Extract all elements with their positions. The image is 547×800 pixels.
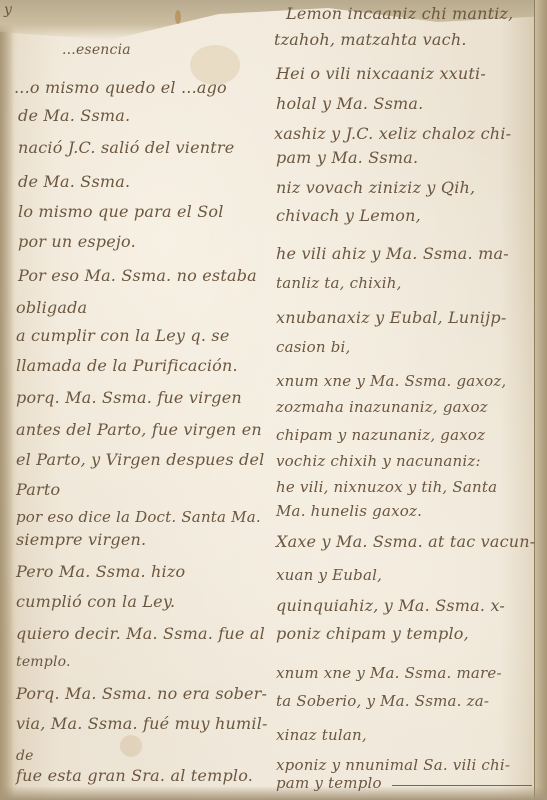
text-line: casion bi,: [276, 338, 350, 356]
text-line: xinaz tulan,: [276, 726, 367, 744]
text-line: Pero Ma. Ssma. hizo: [16, 562, 185, 581]
text-line: xnum xne y Ma. Ssma. mare-: [276, 664, 502, 682]
text-line: obligada: [16, 298, 87, 317]
text-line: quiero decir. Ma. Ssma. fue al: [16, 624, 265, 643]
text-line: Xaxe y Ma. Ssma. at tac vacun-: [276, 532, 535, 551]
text-line: tanliz ta, chixih,: [276, 274, 402, 292]
text-line: ...esencia: [62, 42, 131, 58]
text-line: chipam y nazunaniz, gaxoz: [276, 426, 485, 444]
text-line: chivach y Lemon,: [276, 206, 421, 225]
text-line: pam y templo: [276, 774, 382, 792]
text-line: tzahoh, matzahta vach.: [274, 30, 467, 49]
text-line: por eso dice la Doct. Santa Ma.: [16, 508, 261, 526]
text-line: el Parto, y Virgen despues del: [16, 450, 264, 469]
text-line: Ma. hunelis gaxoz.: [276, 502, 422, 520]
text-line: Parto: [16, 480, 60, 499]
text-line: xponiz y nnunimal Sa. vili chi-: [276, 756, 510, 774]
margin-mark: y: [4, 2, 12, 18]
text-line: Porq. Ma. Ssma. no era sober-: [16, 684, 267, 703]
text-line: zozmaha inazunaniz, gaxoz: [276, 398, 488, 416]
text-line: Hei o vili nixcaaniz xxuti-: [276, 64, 486, 83]
text-line: de Ma. Ssma.: [18, 106, 130, 125]
text-line: he vili, nixnuzox y tih, Santa: [276, 478, 497, 496]
page-right-edge: [534, 0, 547, 800]
text-line: he vili ahiz y Ma. Ssma. ma-: [276, 244, 509, 263]
text-line: ta Soberio, y Ma. Ssma. za-: [276, 692, 489, 710]
text-line: fue esta gran Sra. al templo.: [16, 766, 253, 785]
text-line: de: [16, 748, 34, 764]
text-line: xuan y Eubal,: [276, 566, 382, 584]
text-line: a cumplir con la Ley q. se: [16, 326, 230, 345]
text-line: siempre virgen.: [16, 530, 146, 549]
text-line: lo mismo que para el Sol: [18, 202, 224, 221]
text-line: vochiz chixih y nacunaniz:: [276, 452, 481, 470]
text-line: llamada de la Purificación.: [16, 356, 238, 375]
text-line: via, Ma. Ssma. fué muy humil-: [16, 714, 268, 733]
text-line: Por eso Ma. Ssma. no estaba: [18, 266, 257, 285]
text-line: cumplió con la Ley.: [16, 592, 175, 611]
text-line: holal y Ma. Ssma.: [276, 94, 423, 113]
text-line: nació J.C. salió del vientre: [18, 138, 234, 157]
text-line: por un espejo.: [18, 232, 136, 251]
manuscript-page: y ...esencia ...o mismo quedo el ...ago …: [0, 0, 547, 800]
text-line: xnubanaxiz y Eubal, Lunijp-: [276, 308, 506, 327]
text-line: Lemon incaaniz chi mantiz,: [286, 4, 513, 23]
ink-stain: [175, 10, 181, 24]
text-line: antes del Parto, fue virgen en: [16, 420, 262, 439]
page-left-edge: [0, 0, 14, 800]
text-line: de Ma. Ssma.: [18, 172, 130, 191]
text-line: ...o mismo quedo el ...ago: [14, 78, 227, 97]
text-line: xnum xne y Ma. Ssma. gaxoz,: [276, 372, 506, 390]
end-rule: [392, 785, 532, 786]
page-bottom-edge: [0, 786, 547, 800]
water-stain: [120, 735, 142, 757]
text-line: quinquiahiz, y Ma. Ssma. x-: [276, 596, 505, 615]
text-line: pam y Ma. Ssma.: [276, 148, 418, 167]
text-line: porq. Ma. Ssma. fue virgen: [16, 388, 242, 407]
text-line: templo.: [16, 654, 71, 670]
text-line: niz vovach ziniziz y Qih,: [276, 178, 475, 197]
text-line: poniz chipam y templo,: [276, 624, 469, 643]
text-line: xashiz y J.C. xeliz chaloz chi-: [274, 124, 511, 143]
